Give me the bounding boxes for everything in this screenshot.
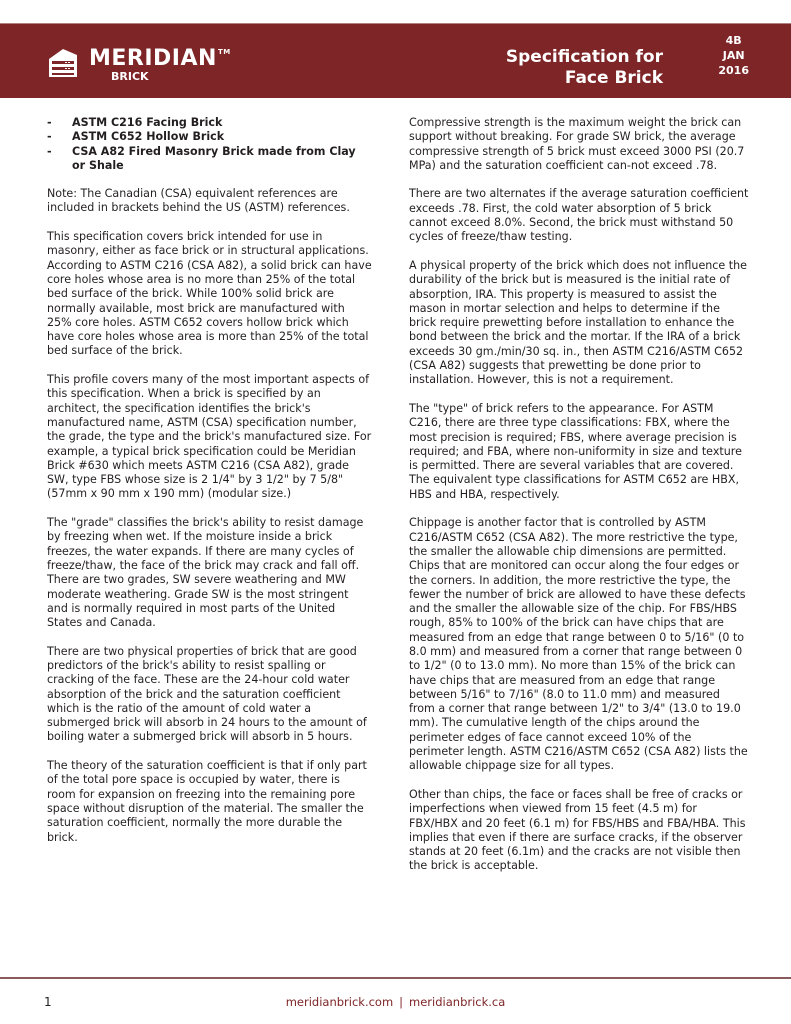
list-item: CSA A82 Fired Masonry Brick made from Cl… [47, 145, 372, 174]
building-icon [47, 47, 85, 79]
type-paragraph: The "type" of brick refers to the appear… [409, 402, 749, 502]
header-band: MERIDIAN TM BRICK Specification for Face… [0, 23, 791, 98]
trademark: TM [218, 47, 231, 57]
chippage-paragraph: Chippage is another factor that is contr… [409, 516, 749, 773]
ira-paragraph: A physical property of the brick which d… [409, 259, 749, 388]
cracks-paragraph: Other than chips, the face or faces shal… [409, 788, 749, 874]
left-column: ASTM C216 Facing Brick ASTM C652 Hollow … [47, 116, 372, 859]
grade-paragraph: The "grade" classifies the brick's abili… [47, 516, 372, 630]
document-year: 2016 [718, 63, 749, 78]
list-item: ASTM C216 Facing Brick [47, 116, 372, 130]
footer-divider [0, 977, 791, 979]
footer-links: meridianbrick.com|meridianbrick.ca [0, 995, 791, 1009]
physical-properties-paragraph: There are two physical properties of bri… [47, 645, 372, 745]
link-separator: | [399, 995, 403, 1009]
document-title-line1: Specification for [506, 47, 663, 68]
document-month: JAN [718, 48, 749, 63]
document-meta: 4B JAN 2016 [718, 33, 749, 78]
brand-name: MERIDIAN [89, 47, 217, 71]
saturation-theory-paragraph: The theory of the saturation coefficient… [47, 759, 372, 845]
brand-logo[interactable]: MERIDIAN TM BRICK [47, 47, 231, 83]
document-code: 4B [718, 33, 749, 48]
list-item: ASTM C652 Hollow Brick [47, 130, 372, 144]
profile-paragraph: This profile covers many of the most imp… [47, 373, 372, 502]
brand-subtitle: BRICK [111, 71, 231, 83]
website-link-com[interactable]: meridianbrick.com [286, 995, 393, 1009]
note-paragraph: Note: The Canadian (CSA) equivalent refe… [47, 187, 372, 216]
scope-paragraph: This specification covers brick intended… [47, 230, 372, 359]
website-link-ca[interactable]: meridianbrick.ca [409, 995, 505, 1009]
alternates-paragraph: There are two alternates if the average … [409, 187, 749, 244]
compressive-strength-paragraph: Compressive strength is the maximum weig… [409, 116, 749, 173]
right-column: Compressive strength is the maximum weig… [409, 116, 749, 888]
document-title: Specification for Face Brick [506, 47, 663, 89]
standards-list: ASTM C216 Facing Brick ASTM C652 Hollow … [47, 116, 372, 173]
document-title-line2: Face Brick [506, 68, 663, 89]
